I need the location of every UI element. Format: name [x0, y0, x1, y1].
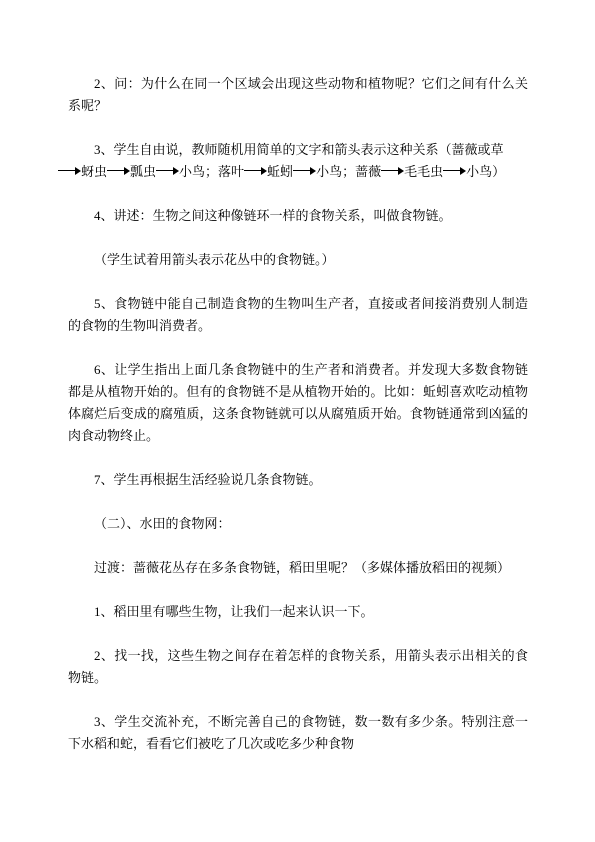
- paragraph-question-region: 2、问：为什么在同一个区域会出现这些动物和植物呢？它们之间有什么关系呢？: [68, 73, 528, 117]
- paragraph-food-chain-definition: 4、讲述：生物之间这种像链环一样的食物关系，叫做食物链。: [68, 205, 528, 227]
- right-arrow-icon: [58, 166, 81, 175]
- right-arrow-icon: [107, 166, 130, 175]
- right-arrow-icon: [156, 166, 179, 175]
- paragraph-students-exchange-count: 3、学生交流补充，不断完善自己的食物链，数一数有多少条。特别注意一下水稻和蛇，看…: [68, 711, 528, 755]
- paragraph-student-free-talk: 3、学生自由说，教师随机用简单的文字和箭头表示这种关系（蔷薇或草: [68, 139, 528, 161]
- paragraph-identify-producers-consumers: 6、让学生指出上面几条食物链中的生产者和消费者。并发现大多数食物链都是从植物开始…: [68, 359, 528, 447]
- section-heading-paddy-food-web: （二）、水田的食物网：: [68, 513, 528, 535]
- paragraph-find-food-relations: 2、找一找，这些生物之间存在着怎样的食物关系，用箭头表示出相关的食物链。: [68, 645, 528, 689]
- paragraph-students-give-examples: 7、学生再根据生活经验说几条食物链。: [68, 469, 528, 491]
- right-arrow-icon: [293, 166, 316, 175]
- right-arrow-icon: [381, 166, 404, 175]
- chain-organism-label: 小鸟；蔷薇: [316, 161, 381, 183]
- chain-organism-label: 蚜虫: [81, 161, 107, 183]
- chain-organism-label: 毛毛虫: [404, 161, 443, 183]
- paragraph-producer-consumer-definition: 5、食物链中能自己制造食物的生物叫生产者，直接或者间接消费别人制造的食物的生物叫…: [68, 293, 528, 337]
- chain-organism-label: 蚯蚓: [267, 161, 293, 183]
- paragraph-note-students-try-arrows: （学生试着用箭头表示花丛中的食物链。）: [68, 249, 528, 271]
- chain-organism-label: 小鸟；落叶: [179, 161, 244, 183]
- paragraph-paddy-organisms: 1、稻田里有哪些生物，让我们一起来认识一下。: [68, 601, 528, 623]
- paragraph-transition-paddy-video: 过渡：蔷薇花丛存在多条食物链，稻田里呢？（多媒体播放稻田的视频）: [68, 557, 528, 579]
- right-arrow-icon: [443, 166, 466, 175]
- chain-organism-label: 瓢虫: [130, 161, 156, 183]
- right-arrow-icon: [244, 166, 267, 175]
- chain-organism-label: 小鸟）: [466, 161, 505, 183]
- document-page: 2、问：为什么在同一个区域会出现这些动物和植物呢？它们之间有什么关系呢？ 3、学…: [0, 0, 595, 842]
- food-chain-line: 蚜虫瓢虫小鸟；落叶蚯蚓小鸟；蔷薇毛毛虫小鸟）: [58, 161, 528, 183]
